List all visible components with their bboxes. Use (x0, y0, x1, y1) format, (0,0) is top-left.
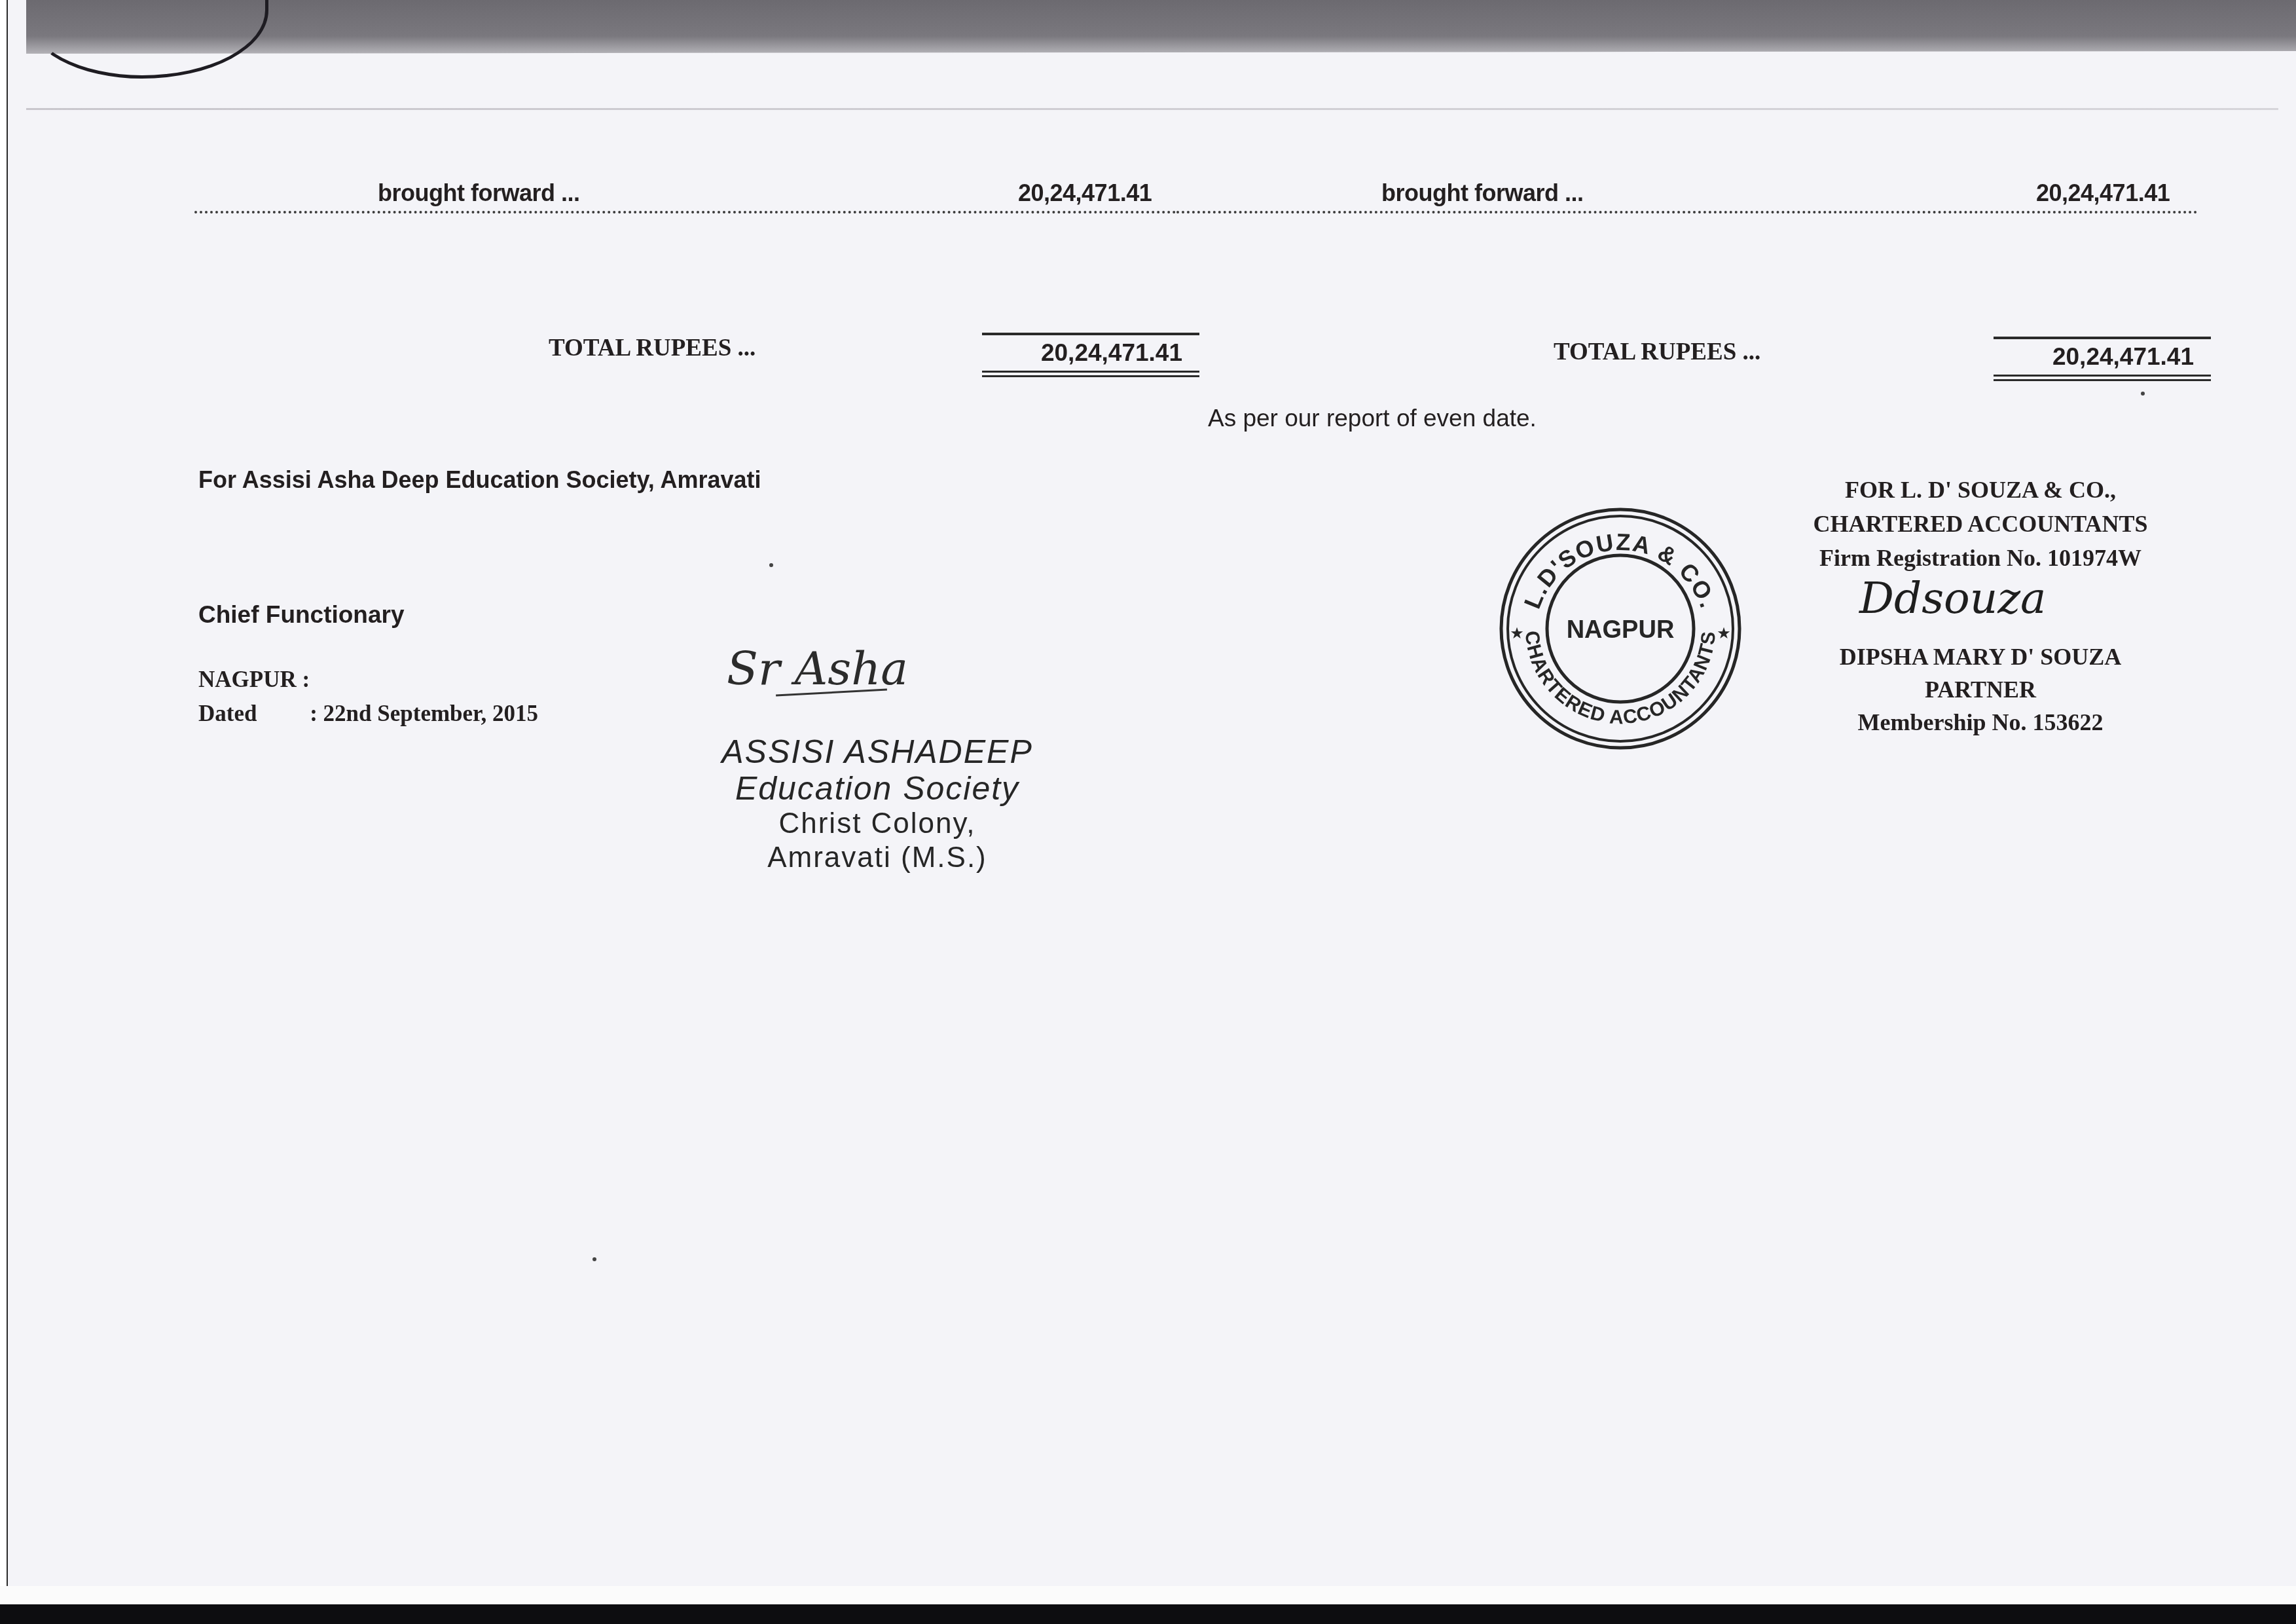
stamp-line-4: Amravati (M.S.) (707, 841, 1048, 875)
stamp-line-1: ASSISI ASHADEEP (707, 733, 1048, 770)
total-right-amount: 20,24,471.41 (1994, 337, 2211, 381)
organization-for-line: For Assisi Asha Deep Education Society, … (198, 466, 761, 494)
brought-forward-right-amount: 20,24,471.41 (2036, 179, 2170, 207)
seal-center-text: NAGPUR (1567, 616, 1675, 644)
brought-forward-right-row: brought forward ... 20,24,471.41 (1176, 172, 2198, 213)
scan-bottom-margin (0, 1586, 2296, 1604)
dated-value: : 22nd September, 2015 (310, 701, 538, 726)
stamp-line-2: Education Society (707, 770, 1048, 807)
auditor-firm-registration: Firm Registration No. 101974W (1768, 541, 2193, 575)
scan-speck (769, 563, 773, 567)
auditor-seal: L.D'SOUZA & CO. CHARTERED ACCOUNTANTS ★ … (1496, 504, 1745, 753)
place-label: NAGPUR : (198, 667, 310, 693)
total-left-amount: 20,24,471.41 (982, 333, 1199, 377)
faint-rule (26, 108, 2278, 110)
total-left-label: TOTAL RUPEES ... (549, 334, 756, 362)
seal-star-left-icon: ★ (1510, 625, 1524, 642)
partner-membership: Membership No. 153622 (1768, 706, 2193, 739)
seal-bottom-text: CHARTERED ACCOUNTANTS (1521, 630, 1721, 729)
auditor-line-2: CHARTERED ACCOUNTANTS (1768, 507, 2193, 541)
organization-signature: Sr Asha (727, 642, 908, 693)
partner-title: PARTNER (1768, 673, 2193, 706)
brought-forward-left-row: brought forward ... 20,24,471.41 (194, 172, 1176, 213)
brought-forward-left-amount: 20,24,471.41 (1018, 179, 1152, 207)
dated-row: Dated : 22nd September, 2015 (198, 701, 538, 727)
scan-top-shadow (26, 0, 2296, 65)
scan-speck (592, 1257, 596, 1261)
seal-star-right-icon: ★ (1717, 625, 1731, 642)
report-note: As per our report of even date. (1208, 405, 1537, 432)
signatory-title: Chief Functionary (198, 601, 405, 629)
total-right-label: TOTAL RUPEES ... (1554, 338, 1760, 366)
auditor-line-1: FOR L. D' SOUZA & CO., (1768, 473, 2193, 507)
scan-left-edge (0, 0, 8, 1624)
stamp-line-3: Christ Colony, (707, 807, 1048, 841)
scan-curl-mark (26, 0, 268, 79)
auditor-block: FOR L. D' SOUZA & CO., CHARTERED ACCOUNT… (1768, 473, 2193, 575)
brought-forward-right-label: brought forward ... (1381, 179, 1583, 207)
dated-label: Dated (198, 701, 257, 726)
organization-signature-text: Sr Asha (727, 642, 908, 695)
organization-rubber-stamp: ASSISI ASHADEEP Education Society Christ… (707, 733, 1048, 875)
scan-speck (2141, 392, 2145, 396)
partner-block: DIPSHA MARY D' SOUZA PARTNER Membership … (1768, 640, 2193, 739)
brought-forward-left-label: brought forward ... (378, 179, 579, 207)
partner-signature: Ddsouza (1859, 573, 2046, 623)
scan-bottom-edge (0, 1604, 2296, 1624)
partner-name: DIPSHA MARY D' SOUZA (1768, 640, 2193, 673)
